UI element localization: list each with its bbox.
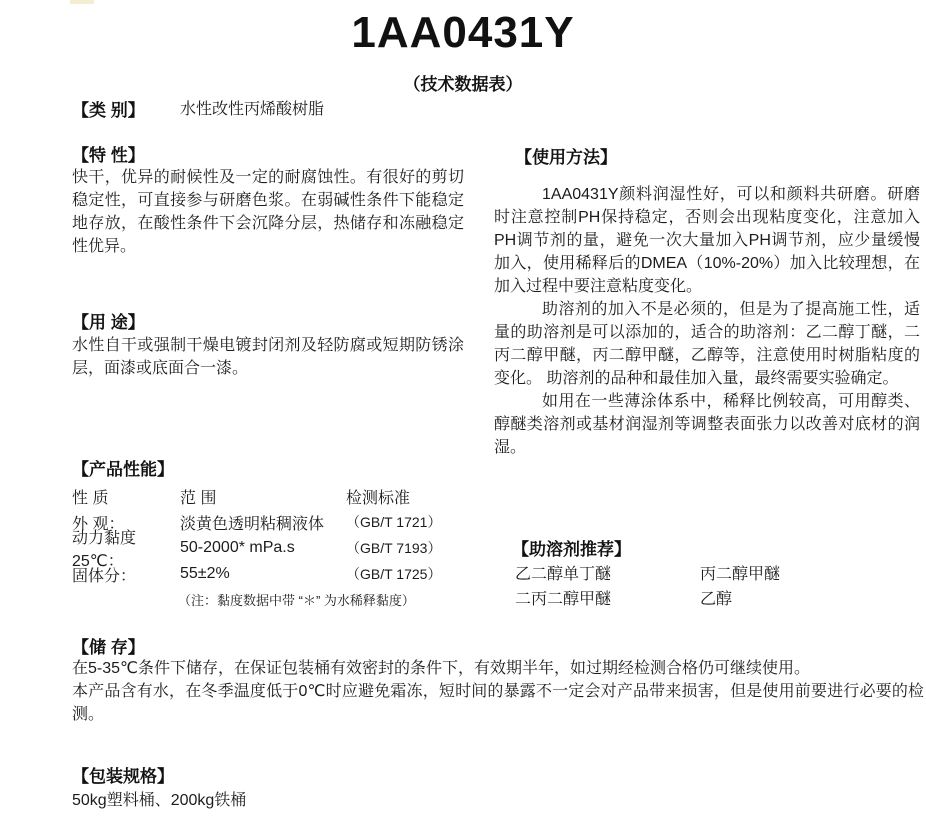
property-standard: （GB/T 1721） — [346, 512, 464, 532]
features-text: 快干，优异的耐候性及一定的耐腐蚀性。有很好的剪切稳定性，可直接参与研磨色浆。在弱… — [72, 166, 464, 258]
properties-table: 性 质 范 围 检测标准 外 观： 淡黄色透明粘稠液体 （GB/T 1721） … — [72, 483, 464, 587]
cosolvent-item: 乙醇 — [700, 586, 885, 611]
datasheet-page: 1AA0431Y （技术数据表） 【类 别】 水性改性丙烯酸树脂 【特 性】 快… — [0, 0, 926, 830]
instructions-paragraph: 1AA0431Y颜料润湿性好，可以和颜料共研磨。研磨时注意控制PH保持稳定，否则… — [494, 183, 920, 298]
instructions-paragraph: 助溶剂的加入不是必须的，但是为了提高施工性，适量的助溶剂是可以添加的，适合的助溶… — [494, 298, 920, 390]
property-name: 固体分： — [72, 563, 180, 586]
category-section-header: 【类 别】 — [72, 96, 145, 121]
storage-section-header: 【储 存】 — [72, 633, 145, 658]
cosolvents-list: 乙二醇单丁醚 丙二醇甲醚 二丙二醇甲醚 乙醇 — [515, 561, 895, 611]
property-standard: （GB/T 7193） — [346, 538, 464, 558]
properties-col-header: 性 质 — [72, 485, 180, 508]
page-title: 1AA0431Y — [0, 8, 926, 58]
property-value: 淡黄色透明粘稠液体 — [180, 511, 346, 534]
storage-line: 本产品含有水，在冬季温度低于0℃时应避免霜冻，短时间的暴露不一定会对产品带来损害… — [72, 680, 924, 726]
property-value: 55±2% — [180, 565, 346, 583]
packaging-section-header: 【包装规格】 — [72, 762, 174, 787]
property-value: 50-2000* mPa.s — [180, 539, 346, 557]
storage-text: 在5-35℃条件下储存，在保证包装桶有效密封的条件下，有效期半年，如过期经检测合… — [72, 657, 924, 726]
cosolvents-section-header: 【助溶剂推荐】 — [512, 535, 631, 560]
storage-line: 在5-35℃条件下储存，在保证包装桶有效密封的条件下，有效期半年，如过期经检测合… — [72, 657, 924, 680]
instructions-section-header: 【使用方法】 — [515, 143, 617, 168]
category-value: 水性改性丙烯酸树脂 — [180, 98, 324, 121]
instructions-paragraph: 如用在一些薄涂体系中，稀释比例较高，可用醇类、醇醚类溶剂或基材润湿剂等调整表面张… — [494, 390, 920, 459]
usage-text: 水性自干或强制干燥电镀封闭剂及轻防腐或短期防锈涂层，面漆或底面合一漆。 — [72, 334, 464, 380]
properties-col-header: 检测标准 — [346, 485, 464, 508]
instructions-text: 1AA0431Y颜料润湿性好，可以和颜料共研磨。研磨时注意控制PH保持稳定，否则… — [494, 183, 920, 459]
page-subtitle: （技术数据表） — [0, 70, 926, 95]
cosolvent-item: 乙二醇单丁醚 — [515, 561, 700, 586]
properties-col-header: 范 围 — [180, 485, 346, 508]
property-standard: （GB/T 1725） — [346, 564, 464, 584]
usage-section-header: 【用 途】 — [72, 308, 145, 333]
properties-section-header: 【产品性能】 — [72, 455, 174, 480]
logo-remnant — [70, 0, 94, 4]
properties-note: （注：黏度数据中带 “＊” 为水稀释黏度） — [178, 590, 468, 609]
packaging-text: 50kg塑料桶、200kg铁桶 — [72, 789, 472, 812]
cosolvent-item: 丙二醇甲醚 — [700, 561, 885, 586]
cosolvent-item: 二丙二醇甲醚 — [515, 586, 700, 611]
features-section-header: 【特 性】 — [72, 141, 145, 166]
